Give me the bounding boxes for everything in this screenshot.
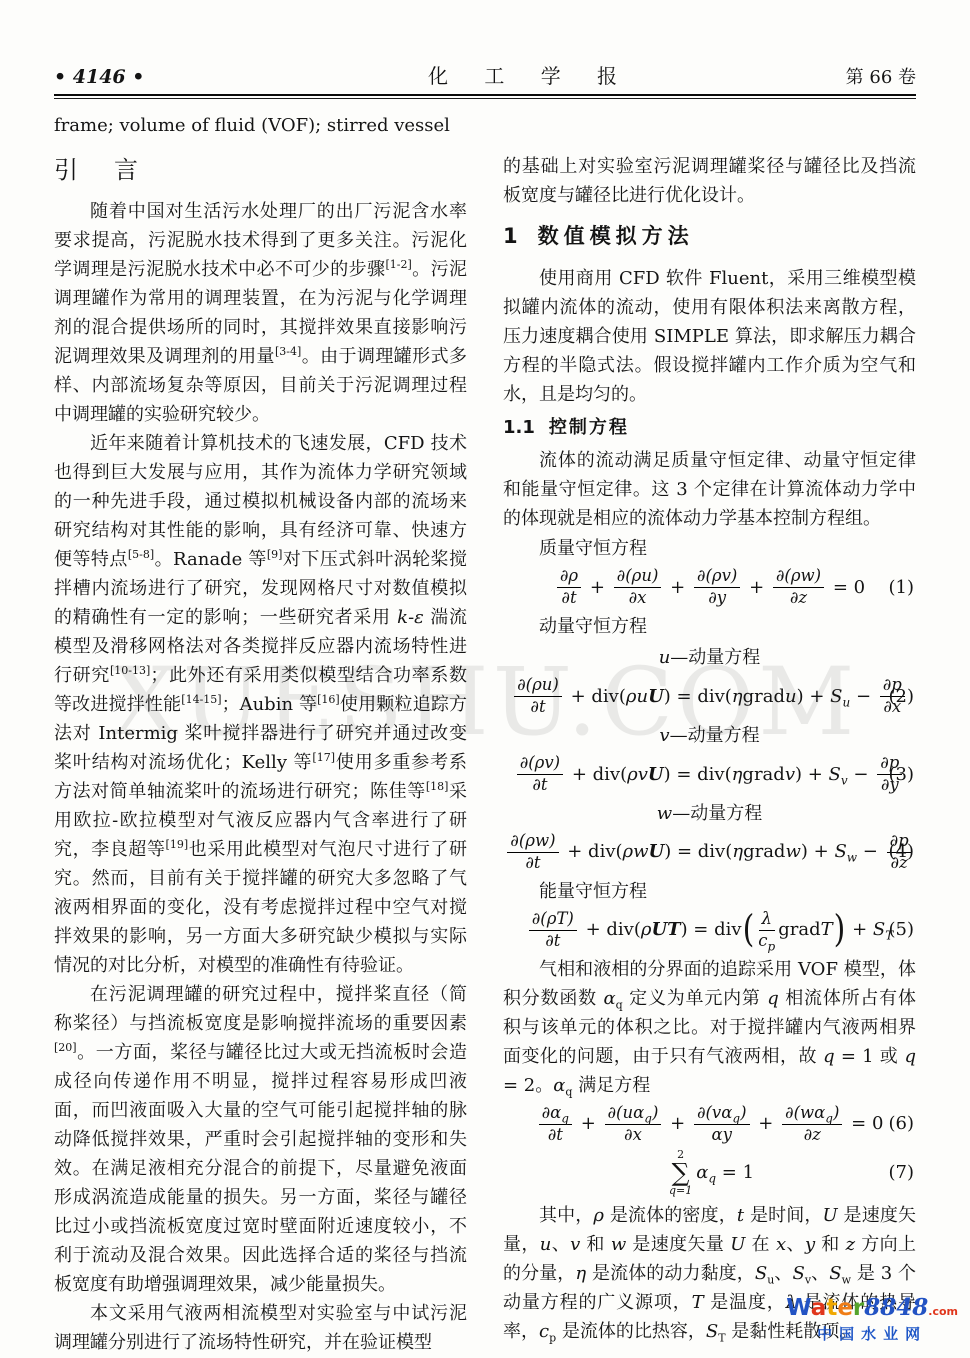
mass-conservation-label: 质量守恒方程	[503, 534, 916, 563]
journal-header: • 4146 • 化 工 学 报 第 66 卷	[0, 60, 970, 89]
two-column-body: 引 言 随着中国对生活污水处理厂的出厂污泥含水率要求提高，污泥脱水技术得到了更多…	[0, 152, 970, 1357]
u-momentum-label: u—动量方程	[503, 643, 916, 672]
header-rule	[54, 94, 916, 99]
continuation-paragraph: 的基础上对实验室污泥调理罐桨径与罐径比及挡流板宽度与罐径比进行优化设计。	[503, 152, 916, 210]
intro-paragraph-1: 随着中国对生活污水处理厂的出厂污泥含水率要求提高，污泥脱水技术得到了更多关注。污…	[54, 197, 467, 429]
keywords-tail-line: frame; volume of fluid (VOF); stirred ve…	[0, 115, 970, 136]
equation-7: 2∑q=1αq = 1(7)	[503, 1149, 916, 1197]
governing-equations-paragraph: 流体的流动满足质量守恒定律、动量守恒定律和能量守恒定律。这 3 个定律在计算流体…	[503, 446, 916, 533]
volume-label: 第 66 卷	[846, 63, 916, 89]
v-momentum-label: v—动量方程	[503, 721, 916, 750]
intro-paragraph-2: 近年来随着计算机技术的飞速发展，CFD 技术也得到巨大发展与应用，其作为流体力学…	[54, 429, 467, 980]
water8848-logo: Water8848.com 中国水业网	[786, 1296, 958, 1344]
intro-paragraph-3: 在污泥调理罐的研究过程中，搅拌桨直径（简称桨径）与挡流板宽度是影响搅拌流场的重要…	[54, 980, 467, 1299]
water8848-wordmark: Water8848.com	[786, 1296, 958, 1320]
water-letters: Water	[786, 1295, 864, 1321]
section-1-paragraph: 使用商用 CFD 软件 Fluent，采用三维模型模拟罐内流体的流动，使用有限体…	[503, 264, 916, 409]
logo-number: 8848	[864, 1294, 928, 1321]
page-number: • 4146 •	[54, 66, 144, 88]
logo-tld: .com	[928, 1305, 958, 1318]
intro-heading: 引 言	[54, 156, 467, 185]
section-1-title: 数值模拟方法	[538, 224, 694, 248]
momentum-conservation-label: 动量守恒方程	[503, 612, 916, 641]
equation-5: ∂(ρT)∂t + div(ρUT) = div(λcpgradT) + ST(…	[503, 910, 916, 951]
equation-1: ∂ρ∂t + ∂(ρu)∂x + ∂(ρv)∂y + ∂(ρw)∂z = 0(1…	[503, 567, 916, 608]
section-1-number: 1	[503, 224, 518, 248]
vof-paragraph: 气相和液相的分界面的追踪采用 VOF 模型，体积分数函数 αq 定义为单元内第 …	[503, 955, 916, 1100]
section-1-1-number: 1.1	[503, 417, 535, 438]
w-momentum-label: w—动量方程	[503, 799, 916, 828]
paper-page: XUESHU.COM • 4146 • 化 工 学 报 第 66 卷 frame…	[0, 0, 970, 1358]
left-column: 引 言 随着中国对生活污水处理厂的出厂污泥含水率要求提高，污泥脱水技术得到了更多…	[54, 152, 467, 1357]
equation-2: ∂(ρu)∂t + div(ρuU) = div(ηgradu) + Su − …	[503, 676, 916, 717]
energy-conservation-label: 能量守恒方程	[503, 877, 916, 906]
logo-chinese-name: 中国水业网	[786, 1323, 958, 1344]
journal-title: 化 工 学 报	[428, 60, 632, 89]
right-column: 的基础上对实验室污泥调理罐桨径与罐径比及挡流板宽度与罐径比进行优化设计。 1数值…	[503, 152, 916, 1357]
equation-6: ∂αq∂t + ∂(uαq)∂x + ∂(vαq)αy + ∂(wαq)∂z =…	[503, 1104, 916, 1145]
equation-4: ∂(ρw)∂t + div(ρwU) = div(ηgradw) + Sw − …	[503, 832, 916, 873]
section-1-1-heading: 1.1控制方程	[503, 413, 916, 442]
equation-3: ∂(ρv)∂t + div(ρvU) = div(ηgradv) + Sv − …	[503, 754, 916, 795]
section-1-1-title: 控制方程	[549, 417, 629, 438]
intro-paragraph-4: 本文采用气液两相流模型对实验室与中试污泥调理罐分别进行了流场特性研究，并在验证模…	[54, 1299, 467, 1357]
section-1-heading: 1数值模拟方法	[503, 222, 916, 251]
